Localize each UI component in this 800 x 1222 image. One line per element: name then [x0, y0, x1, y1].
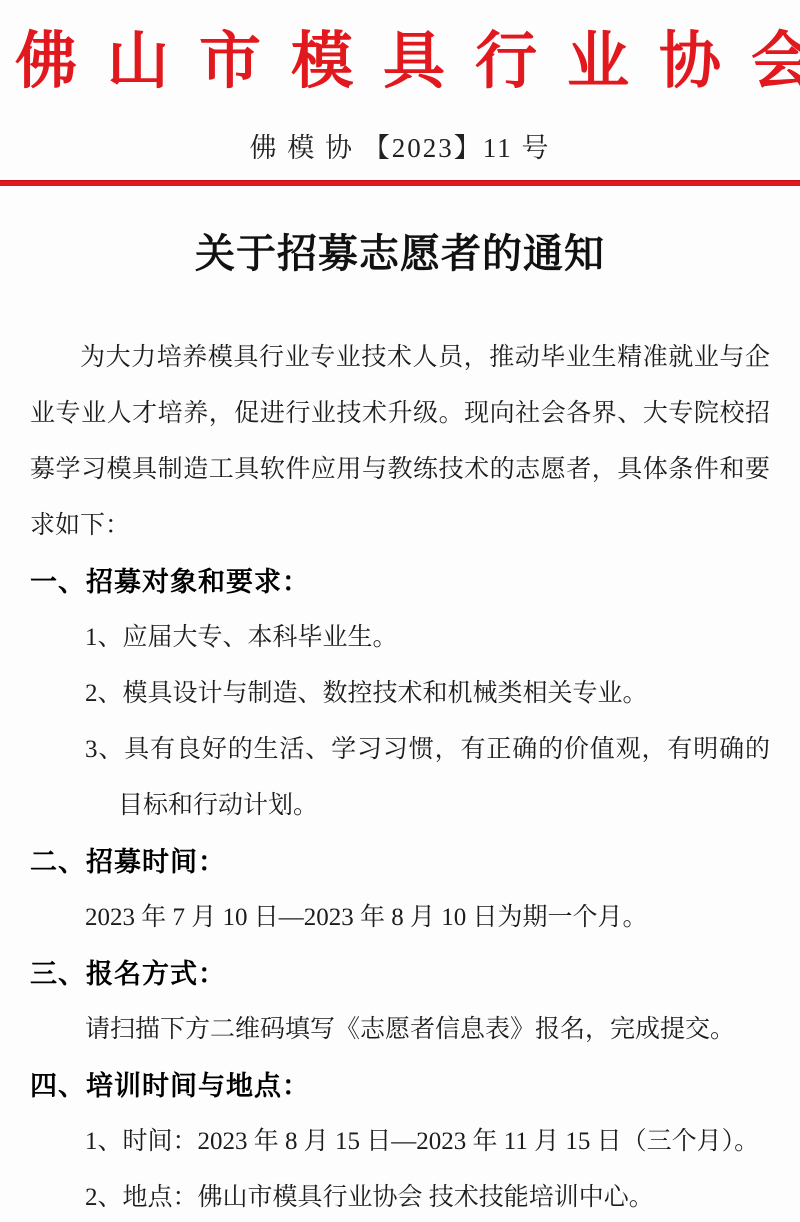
- document-body: 为大力培养模具行业专业技术人员，推动毕业生精准就业与企业专业人才培养，促进行业技…: [30, 330, 770, 1222]
- header-divider: [0, 180, 800, 186]
- section-heading-3: 三、报名方式：: [30, 946, 770, 1002]
- section-signup-method: 三、报名方式： 请扫描下方二维码填写《志愿者信息表》报名，完成提交。: [30, 946, 770, 1058]
- doc-number: 佛 模 协 【2023】11 号: [0, 132, 800, 164]
- list-item: 2、地点：佛山市模具行业协会 技术技能培训中心。: [118, 1170, 770, 1222]
- list-item: 3、具有良好的生活、学习习惯，有正确的价值观，有明确的目标和行动计划。: [118, 722, 770, 834]
- section-heading-1: 一、招募对象和要求：: [30, 554, 770, 610]
- intro-paragraph: 为大力培养模具行业专业技术人员，推动毕业生精准就业与企业专业人才培养，促进行业技…: [30, 330, 770, 554]
- section-heading-2: 二、招募时间：: [30, 834, 770, 890]
- list-item: 1、应届大专、本科毕业生。: [118, 610, 770, 666]
- section-recruit-targets: 一、招募对象和要求： 1、应届大专、本科毕业生。 2、模具设计与制造、数控技术和…: [30, 554, 770, 834]
- notice-title: 关于招募志愿者的通知: [0, 228, 800, 280]
- list-item: 2、模具设计与制造、数控技术和机械类相关专业。: [118, 666, 770, 722]
- section-heading-4: 四、培训时间与地点：: [30, 1058, 770, 1114]
- list-item: 1、时间：2023 年 8 月 15 日—2023 年 11 月 15 日（三个…: [118, 1114, 770, 1170]
- org-name: 佛山市模具行业协会: [0, 18, 800, 106]
- section-recruit-time: 二、招募时间： 2023 年 7 月 10 日—2023 年 8 月 10 日为…: [30, 834, 770, 946]
- list-item: 请扫描下方二维码填写《志愿者信息表》报名，完成提交。: [118, 1002, 770, 1058]
- document-page: 佛山市模具行业协会 佛 模 协 【2023】11 号 关于招募志愿者的通知 为大…: [0, 0, 800, 1222]
- list-item: 2023 年 7 月 10 日—2023 年 8 月 10 日为期一个月。: [118, 890, 770, 946]
- section-training-time-place: 四、培训时间与地点： 1、时间：2023 年 8 月 15 日—2023 年 1…: [30, 1058, 770, 1222]
